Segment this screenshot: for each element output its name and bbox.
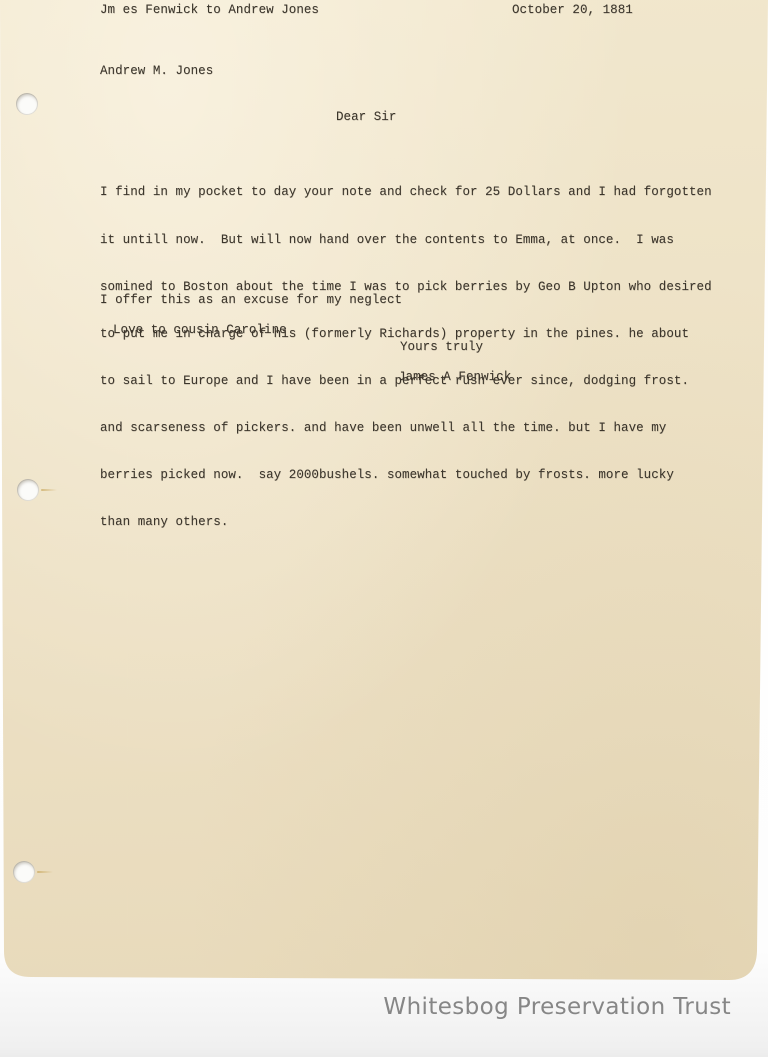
letter-love-line: Love to cousin Caroline	[113, 323, 287, 339]
letter-body: I find in my pocket to day your note and…	[100, 154, 712, 562]
punch-hole-middle	[17, 479, 39, 501]
paper-crease	[37, 871, 53, 873]
scanned-letter-page: Jm es Fenwick to Andrew Jones October 20…	[0, 0, 768, 1057]
paper-crease	[41, 489, 57, 491]
letter-body-line: and scarseness of pickers. and have been…	[100, 421, 712, 437]
letter-body-line: I find in my pocket to day your note and…	[100, 185, 712, 201]
archive-caption-correspondents: Jm es Fenwick to Andrew Jones	[100, 3, 319, 19]
letter-body-line: berries picked now. say 2000bushels. som…	[100, 468, 712, 484]
letter-signature: James A Fenwick	[398, 370, 511, 386]
salutation: Dear Sir	[336, 110, 396, 126]
letter-body-line: than many others.	[100, 515, 712, 531]
addressee-name: Andrew M. Jones	[100, 64, 213, 80]
letter-date: October 20, 1881	[512, 3, 633, 19]
letter-excuse-line: I offer this as an excuse for my neglect	[100, 293, 402, 309]
letter-body-line: it untill now. But will now hand over th…	[100, 233, 712, 249]
letter-closing: Yours truly	[400, 340, 483, 356]
punch-hole-top	[16, 93, 38, 115]
punch-hole-bottom	[13, 861, 35, 883]
archive-credit-text: Whitesbog Preservation Trust	[383, 994, 731, 1020]
